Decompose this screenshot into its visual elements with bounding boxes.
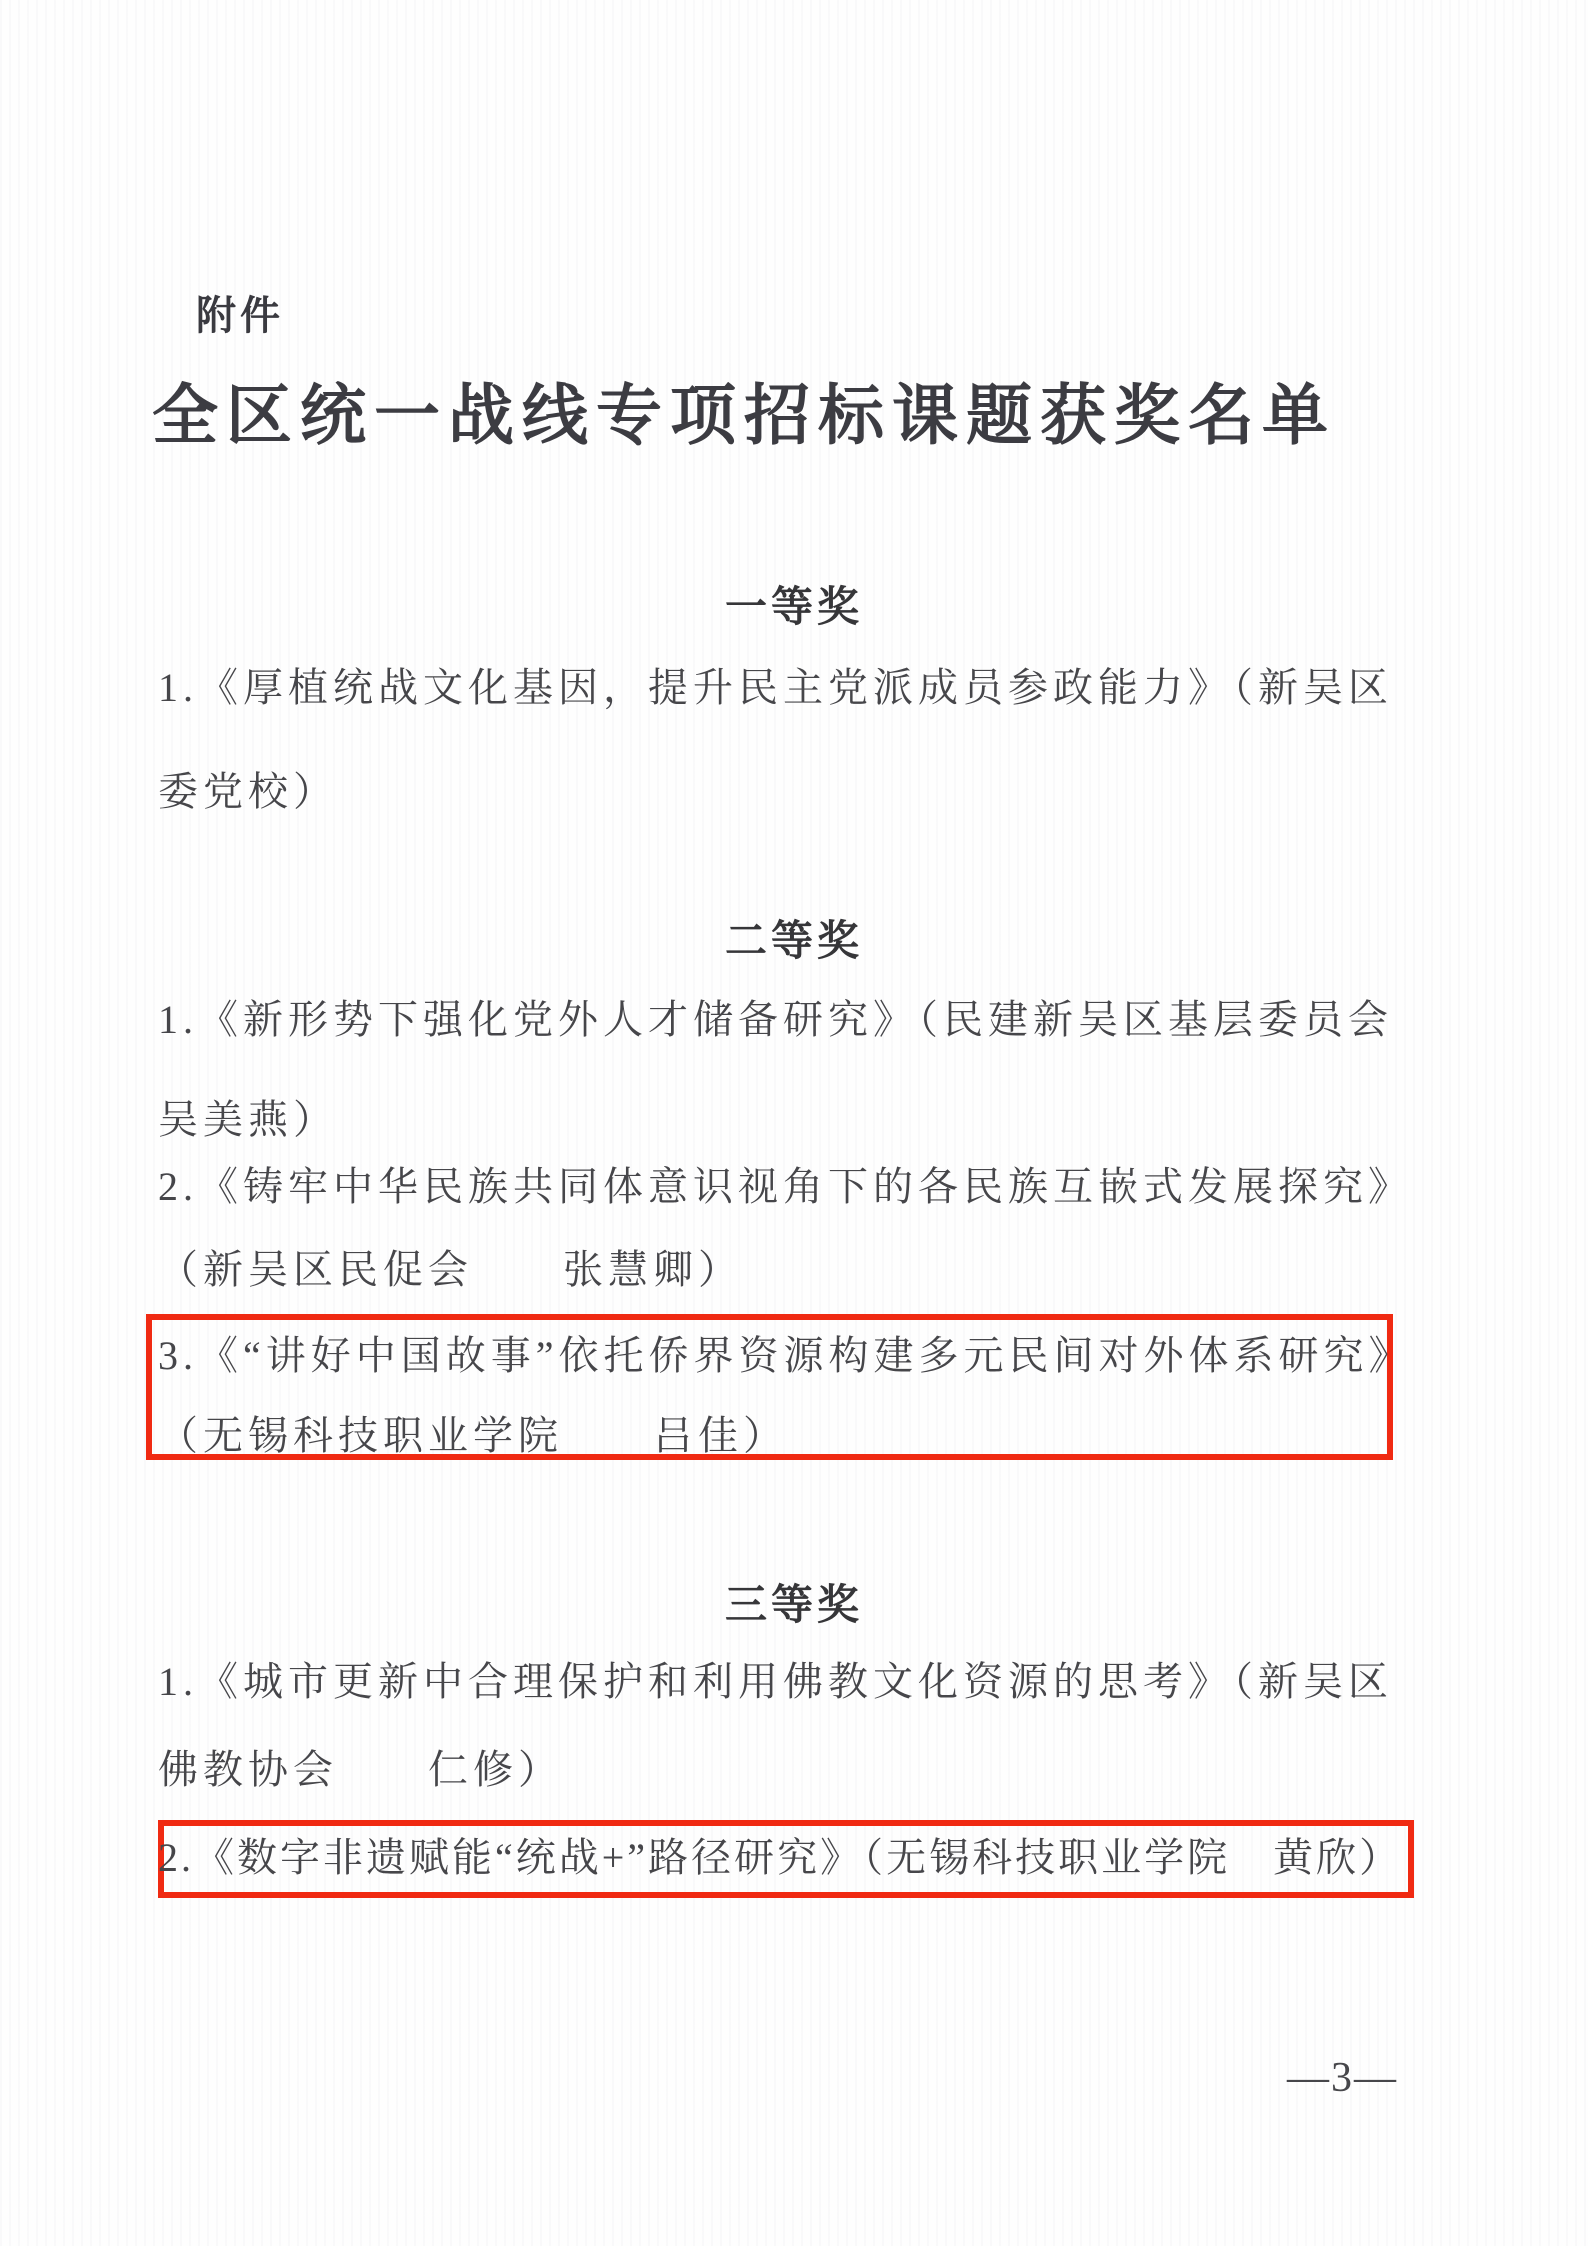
page-number: —3—	[1287, 2054, 1398, 2102]
section-heading-first-prize: 一等奖	[0, 584, 1588, 630]
section-heading-second-prize: 二等奖	[0, 918, 1588, 964]
award-item-line: 佛教协会 仁修）	[158, 1746, 1468, 1794]
award-item-line: 1.《厚植统战文化基因，提升民主党派成员参政能力》（新吴区	[158, 664, 1468, 712]
section-heading-third-prize: 三等奖	[0, 1582, 1588, 1628]
award-item-line: 委党校）	[158, 768, 1468, 816]
award-item-line-highlighted: 3.《“讲好中国故事”依托侨界资源构建多元民间对外体系研究》	[158, 1332, 1468, 1380]
award-item-line: 1.《城市更新中合理保护和利用佛教文化资源的思考》（新吴区	[158, 1658, 1468, 1706]
award-item-line: （新吴区民促会 张慧卿）	[158, 1246, 1468, 1294]
award-item-line: 吴美燕）	[158, 1096, 1468, 1144]
award-item-line-highlighted: 2.《数字非遗赋能“统战+”路径研究》（无锡科技职业学院 黄欣）	[158, 1834, 1468, 1882]
award-item-line: 1.《新形势下强化党外人才储备研究》（民建新吴区基层委员会	[158, 996, 1468, 1044]
award-item-line: 2.《铸牢中华民族共同体意识视角下的各民族互嵌式发展探究》	[158, 1163, 1468, 1211]
document-title: 全区统一战线专项招标课题获奖名单	[0, 382, 1488, 451]
award-item-line-highlighted: （无锡科技职业学院 吕佳）	[158, 1412, 1468, 1460]
document-page: 附件 全区统一战线专项招标课题获奖名单 一等奖 1.《厚植统战文化基因，提升民主…	[0, 0, 1588, 2246]
attachment-label: 附件	[196, 294, 284, 338]
